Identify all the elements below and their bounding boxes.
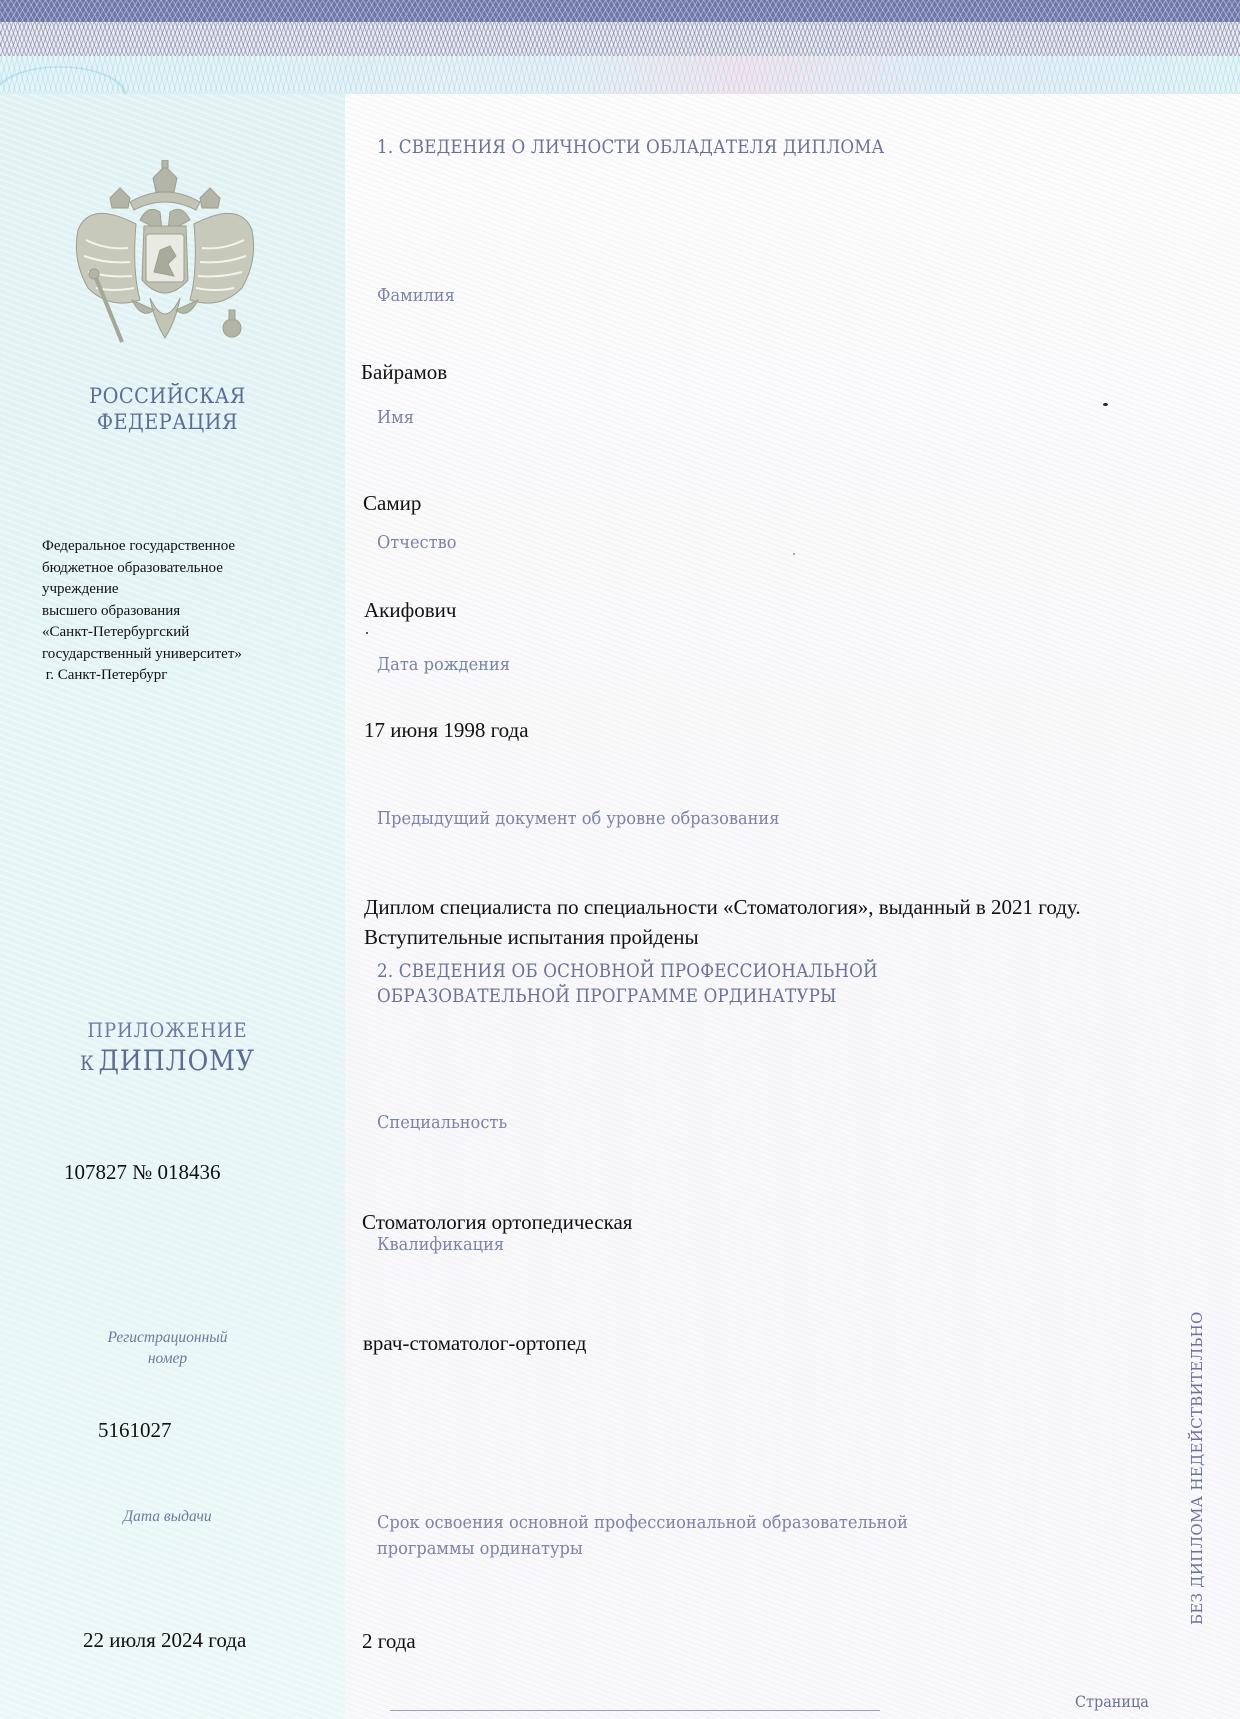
issue-date: 22 июля 2024 года — [83, 1628, 246, 1653]
surname-label: Фамилия — [377, 283, 455, 309]
validity-note: БЕЗ ДИПЛОМА НЕДЕЙСТВИТЕЛЬНО — [1188, 1311, 1206, 1625]
appendix-title-prefix: К — [80, 1051, 94, 1075]
appendix-title-main: ДИПЛОМУ — [99, 1044, 255, 1077]
patronymic-label: Отчество — [377, 530, 456, 556]
registration-number: 5161027 — [98, 1418, 172, 1443]
issue-date-label: Дата выдачи — [0, 1506, 335, 1527]
institution-line: учреждение — [42, 579, 332, 601]
previous-document-line2: Вступительные испытания пройдены — [364, 922, 699, 952]
guilloche-band-middle — [0, 22, 1240, 56]
institution-line: высшего образования — [42, 601, 332, 623]
guilloche-band-top — [0, 0, 1240, 22]
guilloche-band-lower — [0, 56, 1240, 94]
specialty-label: Специальность — [377, 1110, 507, 1136]
patronymic-value: Акифович — [364, 595, 456, 625]
qualification-value: врач-стоматолог-ортопед — [363, 1328, 587, 1358]
scan-speck — [1103, 403, 1108, 406]
duration-value: 2 года — [362, 1626, 416, 1656]
surname-value: Байрамов — [361, 357, 447, 387]
section1-title: 1. СВЕДЕНИЯ О ЛИЧНОСТИ ОБЛАДАТЕЛЯ ДИПЛОМ… — [377, 134, 884, 160]
name-label: Имя — [377, 405, 414, 431]
appendix-title-line2: К ДИПЛОМУ — [17, 1044, 319, 1077]
footer-divider — [390, 1710, 880, 1711]
duration-label-line1: Срок освоения основной профессиональной … — [377, 1510, 908, 1536]
appendix-title-line1: ПРИЛОЖЕНИЕ — [17, 1018, 319, 1042]
name-value: Самир — [363, 488, 421, 518]
russian-coat-of-arms-icon — [70, 160, 260, 360]
qualification-label: Квалификация — [377, 1232, 504, 1258]
scan-speck — [366, 632, 368, 634]
series-number: 107827 № 018436 — [64, 1160, 221, 1185]
country-name-line1: РОССИЙСКАЯ — [13, 384, 321, 408]
birth-date-value: 17 июня 1998 года — [364, 715, 529, 745]
institution-line: г. Санкт-Петербург — [42, 665, 332, 687]
institution-line: Федеральное государственное — [42, 536, 332, 558]
previous-document-label: Предыдущий документ об уровне образовани… — [377, 806, 779, 832]
previous-document-line1: Диплом специалиста по специальности «Сто… — [364, 892, 1081, 922]
registration-number-label-line1: Регистрационный — [0, 1327, 335, 1348]
institution-line: бюджетное образовательное — [42, 558, 332, 580]
scan-speck — [793, 553, 795, 555]
section2-title-line2: ОБРАЗОВАТЕЛЬНОЙ ПРОГРАММЕ ОРДИНАТУРЫ — [377, 983, 837, 1009]
country-name-line2: ФЕДЕРАЦИЯ — [13, 410, 321, 434]
duration-label-line2: программы ординатуры — [377, 1536, 583, 1562]
institution-name: Федеральное государственное бюджетное об… — [42, 536, 332, 687]
registration-number-label-line2: номер — [0, 1348, 335, 1369]
institution-line: «Санкт-Петербургский — [42, 622, 332, 644]
page-label: Страница — [1075, 1692, 1149, 1711]
institution-line: государственный университет» — [42, 644, 332, 666]
section2-title-line1: 2. СВЕДЕНИЯ ОБ ОСНОВНОЙ ПРОФЕССИОНАЛЬНОЙ — [377, 958, 878, 984]
birth-date-label: Дата рождения — [377, 652, 510, 678]
